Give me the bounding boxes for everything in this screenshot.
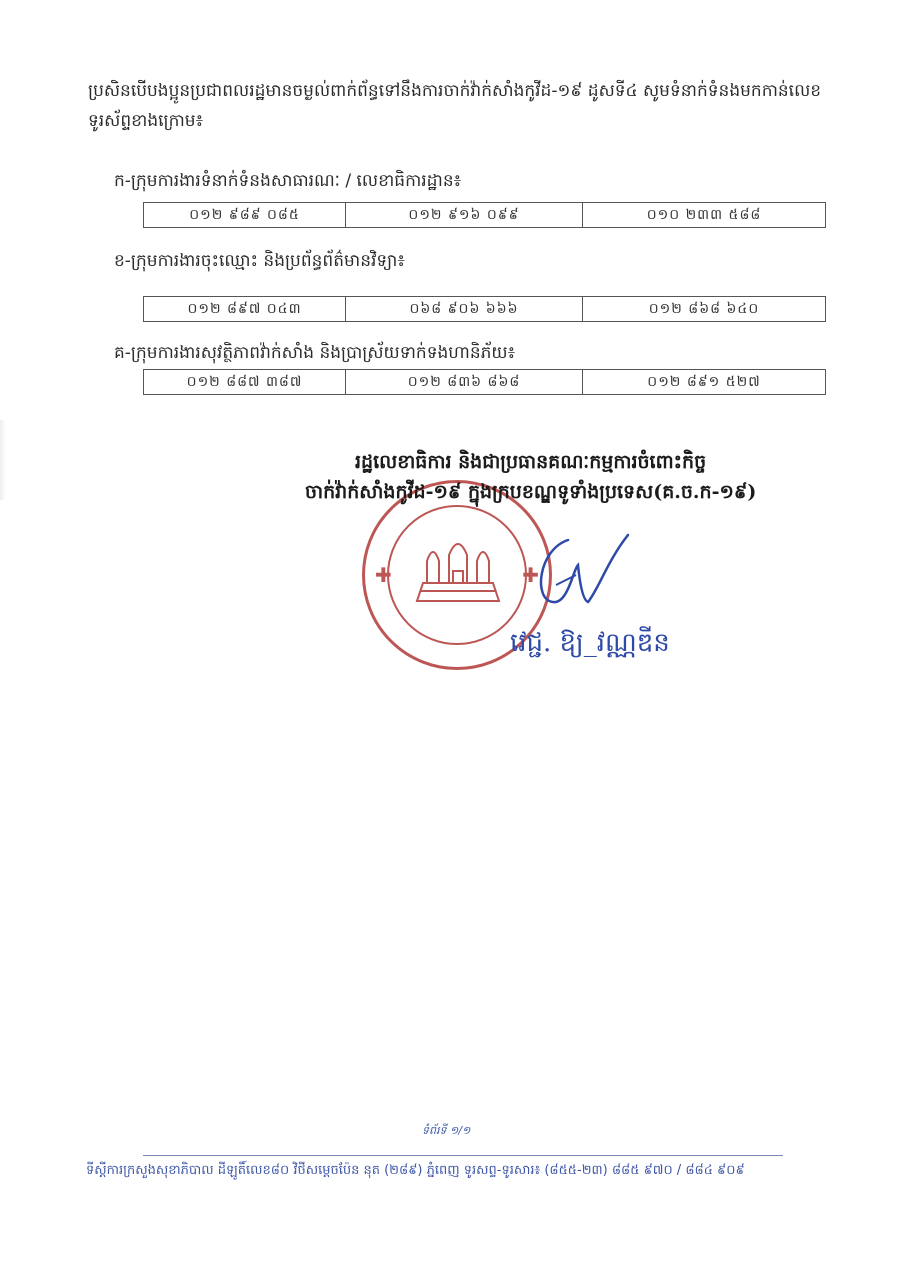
- seal-cross-icon: ✚: [375, 563, 392, 587]
- table-row: ០១២ ៨៩៧ ០៤៣ ០៦៨ ៩០៦ ៦៦៦ ០១២ ៨៦៨ ៦៤០: [144, 297, 826, 322]
- section-label-vaccine-safety: គ-ក្រុមការងារសុវត្ថិភាពវ៉ាក់សាំង និងប្រា…: [114, 342, 515, 367]
- angkor-temple-icon: [413, 533, 503, 603]
- phone-number: ០១២ ៨៦៨ ៦៤០: [583, 297, 826, 322]
- phone-table-public-relations: ០១២ ៩៨៩ ០៨៥ ០១២ ៩១៦ ០៩៩ ០១០ ២៣៣ ៥៨៨: [143, 202, 826, 228]
- table-row: ០១២ ៩៨៩ ០៨៥ ០១២ ៩១៦ ០៩៩ ០១០ ២៣៣ ៥៨៨: [144, 203, 826, 228]
- phone-number: ០១០ ២៣៣ ៥៨៨: [583, 203, 826, 228]
- phone-table-vaccine-safety: ០១២ ៨៨៧ ៣៨៧ ០១២ ៨៣៦ ៨៦៨ ០១២ ៨៩១ ៥២៧: [143, 369, 826, 395]
- footer-address: ទីស្ដីការក្រសួងសុខាភិបាល ដីឡូតិ៍លេខ៨០ វិ…: [86, 1162, 745, 1181]
- phone-number: ០១២ ៨៣៦ ៨៦៨: [346, 370, 583, 395]
- section-label-public-relations: ក-ក្រុមការងារទំនាក់ទំនងសាធារណៈ / លេខាធិក…: [114, 170, 461, 195]
- phone-number: ០១២ ៨៩៧ ០៤៣: [144, 297, 346, 322]
- handwritten-signature-icon: [528, 530, 648, 620]
- signer-title-line-1: រដ្ឋលេខាធិការ និងជាប្រធានគណៈកម្មការចំពោះ…: [355, 450, 706, 478]
- signer-title-line-2: ចាក់វ៉ាក់សាំងកូវីដ-១៩ ក្នុងក្របខណ្ឌទូទាំ…: [305, 480, 756, 508]
- section-label-registration-it: ខ-ក្រុមការងារចុះឈ្មោះ និងប្រព័ន្ធព័ត៌មាន…: [114, 250, 405, 275]
- intro-line-2: ទូរស័ព្ទខាងក្រោម៖: [88, 106, 868, 136]
- page-number: ទំព័រទី ១/១: [422, 1124, 470, 1140]
- intro-paragraph: ប្រសិនបើបងប្អូនប្រជាពលរដ្ឋមានចម្ងល់ពាក់ព…: [88, 76, 868, 136]
- footer-divider: [143, 1155, 783, 1156]
- signer-name: វេជ្ជ. ឱ្យ_វណ្ណឌីន: [510, 626, 670, 664]
- intro-line-1: ប្រសិនបើបងប្អូនប្រជាពលរដ្ឋមានចម្ងល់ពាក់ព…: [88, 76, 868, 106]
- table-row: ០១២ ៨៨៧ ៣៨៧ ០១២ ៨៣៦ ៨៦៨ ០១២ ៨៩១ ៥២៧: [144, 370, 826, 395]
- phone-number: ០១២ ៩៨៩ ០៨៥: [144, 203, 346, 228]
- phone-number: ០១២ ៨៨៧ ៣៨៧: [144, 370, 346, 395]
- phone-number: ០១២ ៨៩១ ៥២៧: [583, 370, 826, 395]
- phone-number: ០១២ ៩១៦ ០៩៩: [346, 203, 583, 228]
- phone-number: ០៦៨ ៩០៦ ៦៦៦: [346, 297, 583, 322]
- scan-edge-artifact: [0, 420, 6, 500]
- phone-table-registration-it: ០១២ ៨៩៧ ០៤៣ ០៦៨ ៩០៦ ៦៦៦ ០១២ ៨៦៨ ៦៤០: [143, 296, 826, 322]
